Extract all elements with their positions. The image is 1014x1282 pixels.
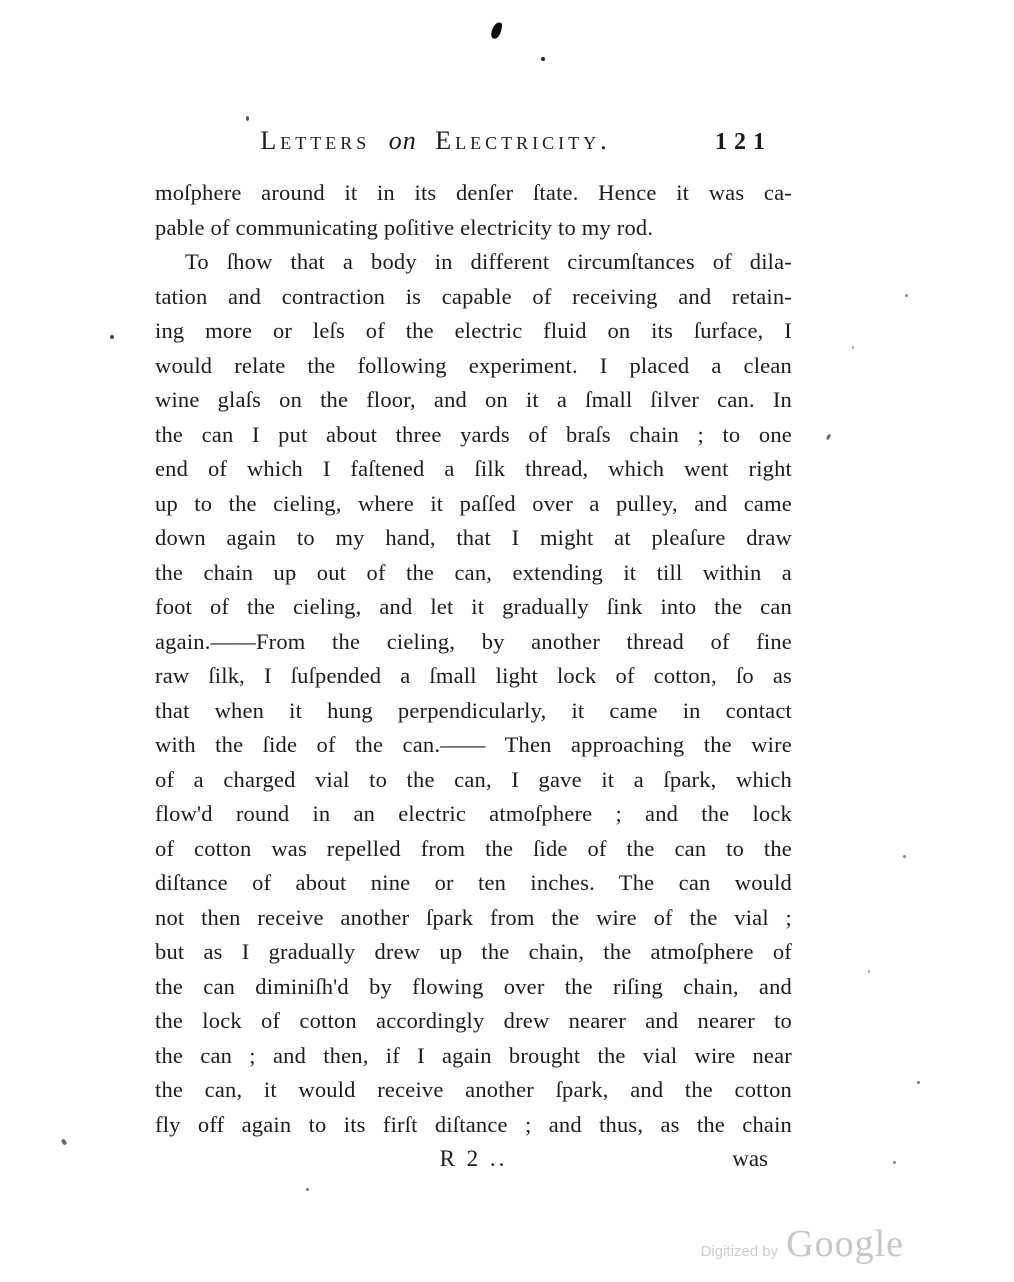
text-line: the can, it would receive another ſpark,… [155,1073,792,1108]
text-line: the lock of cotton accordingly drew near… [155,1004,792,1039]
signature-mark: R 2 .. [155,1142,792,1177]
text-line: of cotton was repelled from the ſide of … [155,832,792,867]
text-line: but as I gradually drew up the chain, th… [155,935,792,970]
scan-speck [868,970,870,973]
signature-row: R 2 .. was [155,1142,792,1177]
text-line: the can ; and then, if I again brought t… [155,1039,792,1074]
title-word: Electricity. [435,126,610,155]
text-line: down again to my hand, that I might at p… [155,521,792,556]
scan-speck [246,116,249,121]
scan-speck [541,57,545,61]
scan-speck [852,346,854,349]
text-line: tation and contraction is capable of rec… [155,280,792,315]
scan-speck [903,855,906,858]
scan-speck [306,1188,309,1191]
text-line: end of which I faſtened a ſilk thread, w… [155,452,792,487]
text-line: raw ſilk, I ſuſpended a ſmall light lock… [155,659,792,694]
page-body: moſphere around it in its denſer ſtate. … [155,176,792,1177]
text-line: ing more or leſs of the electric fluid o… [155,314,792,349]
scan-speck [826,434,832,441]
ink-blot [490,21,503,40]
text-line: of a charged vial to the can, I gave it … [155,763,792,798]
text-line: fly off again to its firſt diſtance ; an… [155,1108,792,1143]
text-line: flow'd round in an electric atmoſphere ;… [155,797,792,832]
text-line: To ſhow that a body in different circumſ… [155,245,792,280]
text-line: with the ſide of the can.—— Then approac… [155,728,792,763]
digitized-by-google-watermark: Digitized by Google [701,1222,904,1266]
text-line: the chain up out of the can, extending i… [155,556,792,591]
text-line: wine glaſs on the floor, and on it a ſma… [155,383,792,418]
text-line: diſtance of about nine or ten inches. Th… [155,866,792,901]
text-line: that when it hung perpendicularly, it ca… [155,694,792,729]
text-line: again.——From the cieling, by another thr… [155,625,792,660]
text-line: up to the cieling, where it paſſed over … [155,487,792,522]
catchword: was [732,1142,768,1177]
title-conjunction: on [389,126,417,155]
scan-speck [893,1161,896,1164]
text-line: the can diminiſh'd by flowing over the r… [155,970,792,1005]
text-line: the can I put about three yards of braſs… [155,418,792,453]
scan-speck [905,294,908,297]
text-line: foot of the cieling, and let it graduall… [155,590,792,625]
scan-speck [110,335,114,339]
text-line: would relate the following experiment. I… [155,349,792,384]
google-logo: Google [786,1222,904,1266]
page-title: Letters on Electricity. [117,126,754,156]
page-number: 121 [715,129,772,156]
title-word: Letters [260,126,370,155]
text-line: pable of communicating poſitive electric… [155,211,792,246]
watermark-prefix: Digitized by [701,1243,779,1260]
scan-speck [61,1138,68,1145]
text-line: not then receive another ſpark from the … [155,901,792,936]
scanned-book-page: Letters on Electricity. 121 moſphere aro… [0,0,1014,1282]
running-header: Letters on Electricity. 121 [155,126,792,166]
text-line: moſphere around it in its denſer ſtate. … [155,176,792,211]
scan-speck [917,1081,920,1084]
